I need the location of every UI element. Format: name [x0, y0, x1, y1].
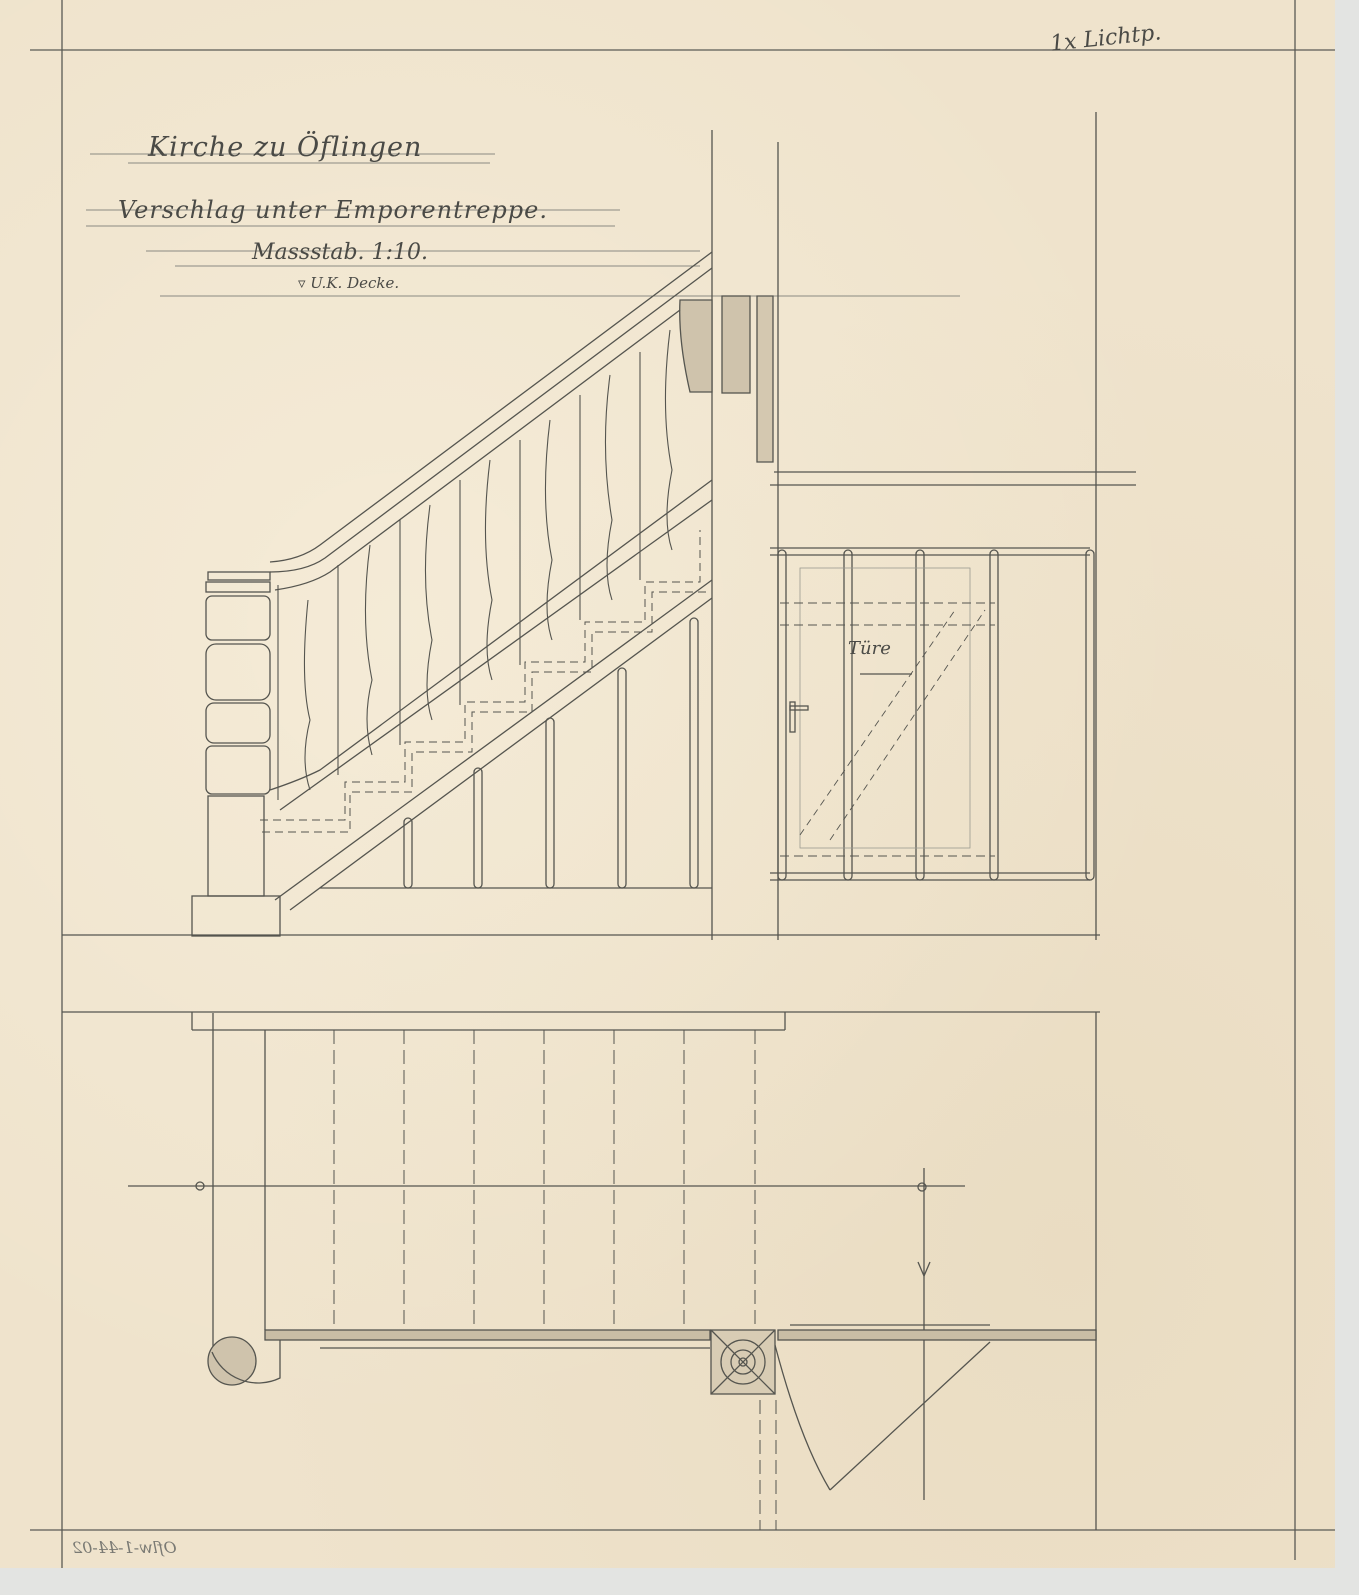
drawing-sheet: Kirche zu Öflingen Verschlag unter Empor…: [0, 0, 1335, 1568]
drawing-subtitle: Verschlag unter Emporentreppe.: [118, 196, 548, 224]
door-partition: [770, 548, 1094, 880]
hidden-steps: [260, 530, 706, 832]
ceiling-marker: ▿ U.K. Decke.: [298, 274, 399, 292]
drawing-title: Kirche zu Öflingen: [148, 132, 422, 163]
under-stair-posts: [404, 618, 698, 888]
plan-view: [62, 1012, 1100, 1530]
technical-drawing: [0, 0, 1359, 1595]
newel-post: [192, 572, 280, 936]
balusters: [278, 330, 672, 800]
ceiling-beam: [680, 296, 773, 462]
handrail: [270, 252, 712, 590]
door-label: Türe: [848, 638, 891, 659]
scale-label: Massstab. 1:10.: [252, 240, 428, 265]
wall-lines: [62, 112, 1136, 940]
title-guides: [86, 154, 960, 296]
stringers: [270, 480, 712, 910]
archive-mark: Oflw-1-44-02: [72, 1538, 177, 1557]
